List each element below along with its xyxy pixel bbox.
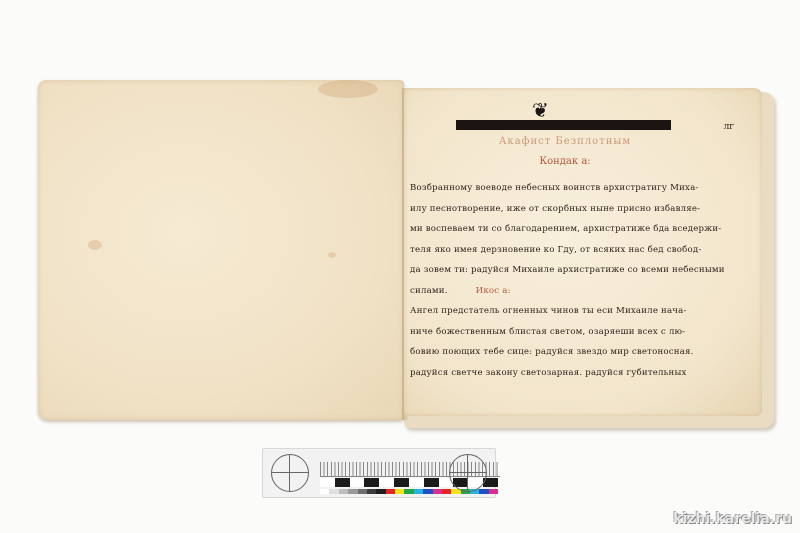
watermark: kizhi.karelia.ru <box>673 511 792 527</box>
color-swatch <box>404 489 413 494</box>
gray-block <box>424 478 439 487</box>
color-swatch <box>339 489 348 494</box>
text-line: Ангел предстатель огненных чинов ты еси … <box>410 301 750 322</box>
text-line: Возбранному воеводе небесных воинств арх… <box>410 178 750 199</box>
crosshair-left-icon <box>271 454 309 492</box>
gray-block <box>320 478 335 487</box>
color-swatch <box>489 489 498 494</box>
gray-block <box>379 478 394 487</box>
gray-block <box>394 478 409 487</box>
color-calibration-target <box>262 448 496 498</box>
crosshair-right-icon <box>449 454 487 492</box>
color-swatch <box>367 489 376 494</box>
akathist-title: Акафист Безплотным <box>460 136 670 147</box>
gray-block <box>335 478 350 487</box>
text-line: да зовем ти: радуйся Михаиле архистратиж… <box>410 260 750 281</box>
left-page-blank <box>38 80 404 420</box>
text-line: теля яко имея дерзновение ко Гду, от вся… <box>410 240 750 261</box>
gray-block <box>350 478 365 487</box>
kontakion-heading: Кондак а: <box>460 156 670 167</box>
manuscript-text: Возбранному воеводе небесных воинств арх… <box>410 178 750 383</box>
color-swatch <box>376 489 385 494</box>
color-swatch <box>414 489 423 494</box>
text-line-with-ikos: силами.Икос а: <box>410 281 750 302</box>
color-swatch <box>395 489 404 494</box>
color-swatch <box>386 489 395 494</box>
ikos-heading: Икос а: <box>448 286 511 296</box>
color-swatch <box>358 489 367 494</box>
color-swatch <box>433 489 442 494</box>
color-swatch <box>479 489 488 494</box>
color-swatch <box>442 489 451 494</box>
color-swatch <box>329 489 338 494</box>
color-swatch <box>423 489 432 494</box>
color-swatch <box>348 489 357 494</box>
folio-number: лг <box>724 122 734 132</box>
gray-block <box>409 478 424 487</box>
right-page-text: ❦ лг Акафист Безплотным Кондак а: Возбра… <box>404 88 762 416</box>
manuscript-book: ❦ лг Акафист Безплотным Кондак а: Возбра… <box>38 80 770 425</box>
text-line: ниче божественным блистая светом, озаряе… <box>410 322 750 343</box>
text-fragment: силами. <box>410 286 448 296</box>
text-line: бовию поющих тебе сице: радуйся звездо м… <box>410 342 750 363</box>
headpiece-ornament-icon: ❦ <box>532 100 549 120</box>
text-line: радуйся светче закону светозарная. радуй… <box>410 363 750 384</box>
color-swatch <box>320 489 329 494</box>
gray-block <box>364 478 379 487</box>
headpiece-band <box>456 120 671 130</box>
text-line: ми воспеваем ти со благодарением, архист… <box>410 219 750 240</box>
text-line: илу песнотворение, иже от скорбных ныне … <box>410 199 750 220</box>
